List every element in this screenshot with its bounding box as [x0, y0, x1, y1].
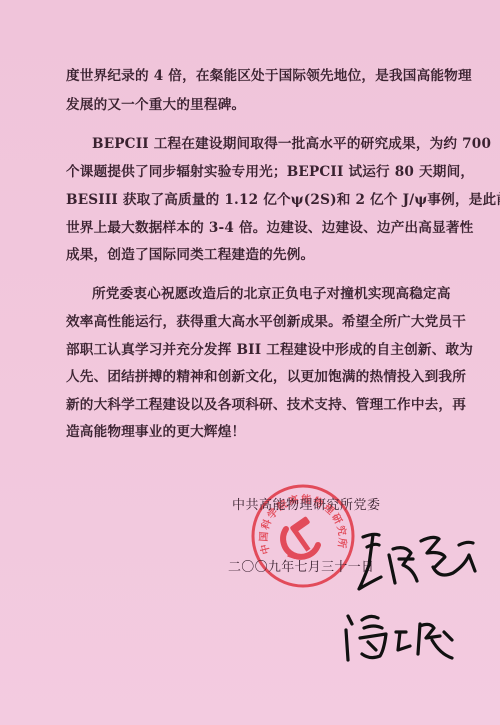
text-line: 度世界纪录的 4 倍，在粲能区处于国际领先地位，是我国高能物理	[66, 64, 472, 84]
text-line: 成果，创造了国际同类工程建造的先例。	[66, 243, 314, 263]
text-line: 造高能物理事业的更大辉煌！	[66, 420, 245, 440]
text-line: 新的大科学工程建设以及各项科研、技术支持、管理工作中去，再	[66, 393, 466, 413]
text-line: 所党委衷心祝愿改造后的北京正负电子对撞机实现高稳定高	[92, 282, 451, 302]
text-line: BEPCII 工程在建设期间取得一批高水平的研究成果，为约 700	[92, 132, 491, 152]
text-line: 效率高性能运行，获得重大高水平创新成果。希望全所广大党员干	[66, 310, 466, 330]
signing-date: 二〇〇九年七月三十一日	[228, 556, 374, 575]
letter-page: 度世界纪录的 4 倍，在粲能区处于国际领先地位，是我国高能物理 发展的又一个重大…	[0, 0, 500, 725]
text-line: BESIII 获取了高质量的 1.12 亿个ψ(2S)和 2 亿个 J/ψ事例，…	[66, 188, 500, 208]
text-line: 部职工认真学习并充分发挥 BII 工程建设中形成的自主创新、敢为	[66, 338, 473, 358]
handwritten-signature-icon	[340, 610, 470, 670]
handwritten-signature-icon	[355, 525, 485, 595]
text-line: 发展的又一个重大的里程碑。	[66, 93, 245, 113]
signing-organization: 中共高能物理研究所党委	[232, 494, 381, 513]
text-line: 世界上最大数据样本的 3-4 倍。边建设、边建设、边产出高显著性	[66, 216, 473, 236]
text-line: 个课题提供了同步辐射实验专用光；BEPCII 试运行 80 天期间，	[66, 160, 474, 180]
text-line: 人先、团结拼搏的精神和创新文化，以更加饱满的热情投入到我所	[66, 365, 466, 385]
